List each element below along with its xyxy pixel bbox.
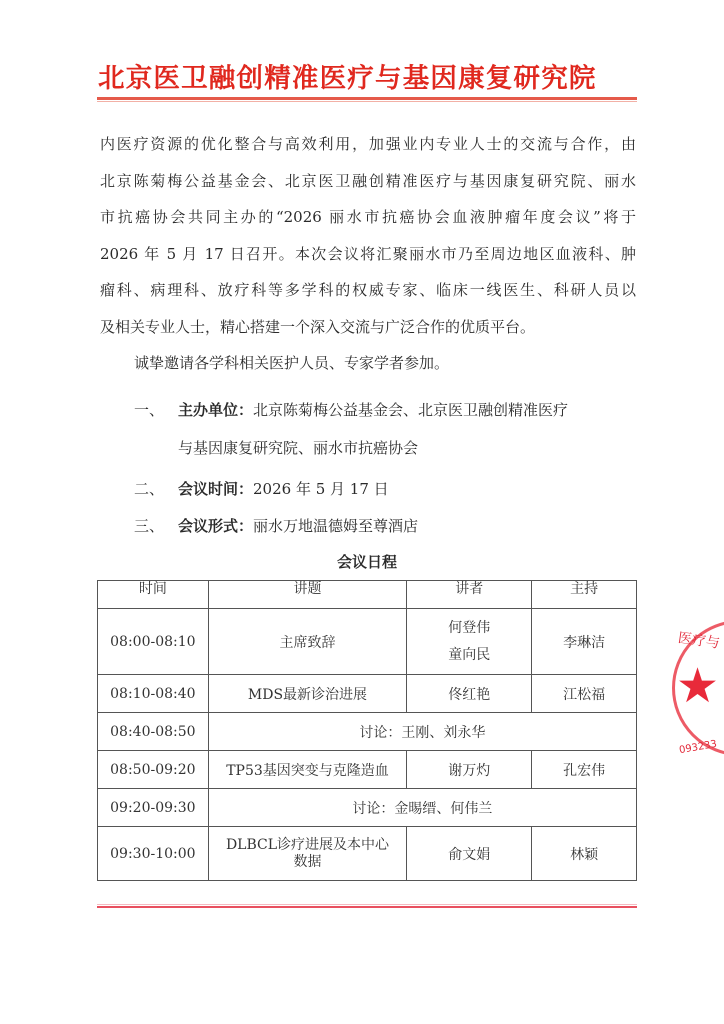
table-row: 08:50-09:20 TP53基因突变与克隆造血 谢万灼 孔宏伟 [98, 751, 637, 789]
cell-speaker: 何登伟 童向民 [407, 609, 532, 675]
item-value: 北京陈菊梅公益基金会、北京医卫融创精准医疗 [253, 401, 568, 419]
item-organizers-continued: 与基因康复研究院、丽水市抗癌协会 [178, 437, 418, 458]
intro-line-last: 及相关专业人士，精心搭建一个深入交流与广泛合作的优质平台。 [100, 309, 636, 346]
topic-line: DLBCL诊疗进展及本中心 [211, 837, 405, 854]
cell-host: 李琳洁 [532, 609, 637, 675]
table-row: 08:10-08:40 MDS最新诊治进展 佟红艳 江松福 [98, 675, 637, 713]
item-number: 一、 [134, 399, 164, 420]
table-row: 09:30-10:00 DLBCL诊疗进展及本中心 数据 俞文娟 林颖 [98, 827, 637, 881]
cell-time: 08:50-09:20 [98, 751, 209, 789]
cell-time: 08:10-08:40 [98, 675, 209, 713]
header-speaker: 讲者 [407, 581, 532, 609]
speaker-name: 童向民 [409, 642, 529, 669]
cell-host: 孔宏伟 [532, 751, 637, 789]
item-label: 主办单位： [178, 401, 253, 419]
item-value: 2026 年 5 月 17 日 [253, 480, 389, 498]
cell-speaker: 俞文娟 [407, 827, 532, 881]
cell-time: 09:30-10:00 [98, 827, 209, 881]
cell-discussion: 讨论：金晹缙、何伟兰 [208, 789, 636, 827]
intro-line: 内医疗资源的优化整合与高效利用，加强业内专业人士的交流与合作，由 [100, 126, 636, 163]
table-row-discussion: 08:40-08:50 讨论：王刚、刘永华 [98, 713, 637, 751]
intro-line: 2026 年 5 月 17 日召开。本次会议将汇聚丽水市乃至周边地区血液科、肿 [100, 236, 636, 273]
seal-star-icon: ★ [676, 662, 719, 710]
cell-host: 林颖 [532, 827, 637, 881]
intro-line: 市抗癌协会共同主办的“2026 丽水市抗癌协会血液肿瘤年度会议”将于 [100, 199, 636, 236]
header-host: 主持 [532, 581, 637, 609]
footer-divider [97, 904, 637, 908]
cell-topic: TP53基因突变与克隆造血 [208, 751, 407, 789]
letterhead-divider [97, 97, 637, 102]
intro-paragraph: 内医疗资源的优化整合与高效利用，加强业内专业人士的交流与合作，由 北京陈菊梅公益… [100, 126, 636, 345]
header-topic: 讲题 [208, 581, 407, 609]
item-number: 二、 [134, 478, 164, 499]
table-row-discussion: 09:20-09:30 讨论：金晹缙、何伟兰 [98, 789, 637, 827]
cell-time: 08:00-08:10 [98, 609, 209, 675]
cell-host: 江松福 [532, 675, 637, 713]
cell-discussion: 讨论：王刚、刘永华 [208, 713, 636, 751]
header-time: 时间 [98, 581, 209, 609]
speaker-name: 何登伟 [409, 615, 529, 642]
item-value: 丽水万地温德姆至尊酒店 [253, 517, 418, 535]
topic-line: 数据 [211, 854, 405, 871]
intro-line: 北京陈菊梅公益基金会、北京医卫融创精准医疗与基因康复研究院、丽水 [100, 163, 636, 200]
cell-topic: 主席致辞 [208, 609, 407, 675]
schedule-title: 会议日程 [97, 551, 637, 572]
table-header-row: 时间 讲题 讲者 主持 [98, 581, 637, 609]
seal-bottom-text: 093233 [678, 739, 718, 756]
cell-topic: MDS最新诊治进展 [208, 675, 407, 713]
cell-speaker: 佟红艳 [407, 675, 532, 713]
intro-line: 瘤科、病理科、放疗科等多学科的权威专家、临床一线医生、科研人员以 [100, 272, 636, 309]
cell-speaker: 谢万灼 [407, 751, 532, 789]
item-label: 会议形式： [178, 517, 253, 535]
table-row: 08:00-08:10 主席致辞 何登伟 童向民 李琳洁 [98, 609, 637, 675]
cell-time: 09:20-09:30 [98, 789, 209, 827]
item-label: 会议时间： [178, 480, 253, 498]
item-number: 三、 [134, 515, 164, 536]
schedule-table: 时间 讲题 讲者 主持 08:00-08:10 主席致辞 何登伟 童向民 李琳洁… [97, 580, 637, 881]
cell-topic: DLBCL诊疗进展及本中心 数据 [208, 827, 407, 881]
invitation-text: 诚挚邀请各学科相关医护人员、专家学者参加。 [134, 352, 449, 373]
letterhead-title: 北京医卫融创精准医疗与基因康复研究院 [98, 56, 618, 95]
cell-time: 08:40-08:50 [98, 713, 209, 751]
